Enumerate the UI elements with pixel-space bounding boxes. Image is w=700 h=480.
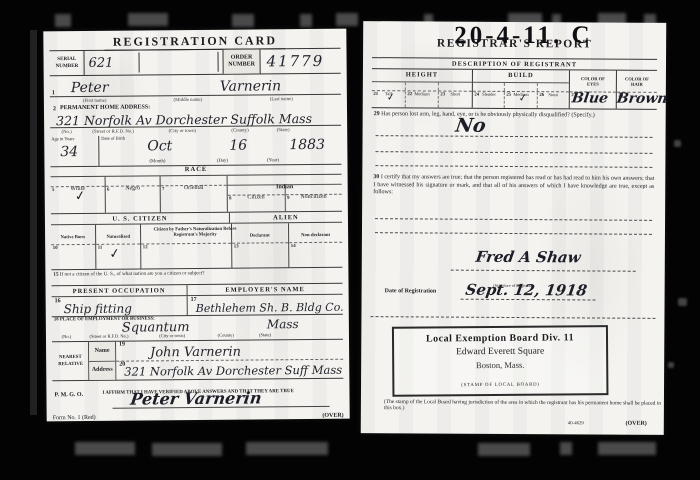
film-artifact — [598, 442, 656, 455]
nearest-relative-section: NEAREST RELATIVE Name Address 19 John Va… — [52, 340, 343, 382]
order-number-value: 41779 — [260, 49, 340, 74]
field-number: 1 — [50, 90, 57, 96]
serial-number-value: 621 — [84, 51, 134, 75]
film-artifact — [560, 442, 572, 455]
registrant-first-name: Peter — [71, 80, 109, 96]
build-header: BUILD — [473, 70, 569, 84]
dob-year: 1883 — [289, 137, 325, 153]
stamp-section: Local Exemption Board Div. 11 Edward Eve… — [370, 316, 656, 428]
build-medium-cell: 25 ✓ — [505, 92, 537, 108]
race-section: RACE White 5 ✓ Negro 6 Oriental — [50, 165, 341, 215]
relative-name-label: Name — [95, 348, 110, 355]
father-naturalization-cell: 12 — [141, 243, 231, 269]
alien-header: ALIEN — [230, 212, 342, 223]
height-medium-cell: 22 — [405, 91, 439, 107]
nearest-relative-sublabels: Name Address — [89, 342, 116, 380]
dob-label: Date of Birth — [101, 137, 125, 142]
citizenship-section: U. S. CITIZEN ALIEN Native Born 10 Natur… — [51, 212, 342, 271]
race-col-oriental: Oriental 7 — [161, 176, 228, 213]
film-artifact — [674, 140, 681, 147]
card-title-text: REGISTRATION CARD — [105, 33, 285, 51]
blank-line — [375, 219, 652, 235]
declarant-cell: 13 — [232, 242, 288, 267]
over-label-back: (OVER) — [625, 420, 646, 427]
board-city: Boston, Mass. — [396, 359, 604, 371]
registration-date-label: Date of Registration — [385, 288, 437, 295]
race-col-indian: Indian Citizen 8 Noncitizen 9 — [228, 175, 342, 212]
registrars-report-back: REGISTRAR'S REPORT 20-4-11. C DESCRIPTIO… — [361, 21, 667, 435]
board-address: Edward Everett Square — [396, 346, 604, 358]
film-artifact — [678, 298, 687, 306]
film-artifact — [232, 14, 254, 27]
age-cell: Age in Years 34 — [50, 136, 99, 166]
film-artifact — [30, 30, 37, 415]
age-label: Age in Years — [51, 137, 74, 142]
naturalized-checkmark: ✓ — [108, 246, 121, 262]
race-col-negro: Negro 6 — [106, 176, 161, 212]
relative-address-value: 321 Norfolk Av Dorchester Suff Mass — [124, 363, 342, 379]
indian-split: Citizen 8 Noncitizen 9 — [228, 185, 342, 212]
employment-place-state: Mass — [267, 317, 299, 331]
build-medium-checkmark: ✓ — [519, 93, 529, 105]
race-negro-cell: 6 — [106, 185, 160, 212]
serial-number-label: SERIAL NUMBER — [49, 51, 84, 75]
registrar-signature-line — [451, 269, 636, 271]
age-value: 34 — [60, 144, 78, 160]
nearest-relative-label: NEAREST RELATIVE — [52, 342, 89, 380]
question-15-row: 15 If not a citizen of the U. S., of wha… — [51, 268, 342, 287]
height-tall-cell: 21 ✓ — [372, 91, 406, 107]
citizen-col-native: Native Born 10 — [51, 225, 96, 269]
stamp-fine-print: (The stamp of the Local Board having jur… — [384, 398, 684, 421]
dob-day: 16 — [229, 138, 247, 154]
race-white-checkmark: ✓ — [74, 188, 87, 204]
film-artifact — [246, 442, 328, 455]
citizen-col-father: Citizen by Father's Naturalization Befor… — [141, 224, 232, 269]
us-citizen-header: U. S. CITIZEN — [51, 213, 230, 225]
eyes-color-value: Blue — [571, 90, 610, 106]
race-col-white: White 5 ✓ — [51, 177, 106, 213]
film-artifact — [75, 442, 135, 455]
height-short-cell: 23 — [439, 92, 472, 108]
present-occupation-header: PRESENT OCCUPATION — [52, 285, 188, 296]
race-indian-noncitizen-cell: 9 — [285, 194, 342, 211]
blank-line — [375, 152, 652, 168]
race-col-indian-citizen: Citizen 8 — [228, 185, 286, 212]
age-dob-row: Age in Years 34 Date of Birth Oct 16 188… — [50, 134, 341, 168]
board-name: Local Exemption Board Div. 11 — [396, 332, 604, 345]
film-artifact — [152, 443, 222, 456]
alien-col-declarant: Declarant 13 — [232, 223, 289, 267]
height-header: HEIGHT — [372, 69, 472, 83]
dob-cell: Date of Birth Oct 16 1883 (Month) (Day) … — [99, 134, 341, 166]
registrant-signature-row: P. M. G. O. Peter Varnerin — [52, 388, 343, 413]
film-artifact — [128, 13, 168, 26]
question-29-text: 29 Has person lost arm, leg, hand, eye, … — [372, 111, 657, 120]
height-values: 21 ✓ 22 23 — [372, 91, 472, 108]
film-artifact — [55, 14, 71, 27]
dob-month: Oct — [147, 138, 172, 154]
employer-cell: 17 Bethlehem Sh. B. Bldg Co. — [188, 295, 343, 315]
question-29: 29 Has person lost arm, leg, hand, eye, … — [372, 111, 657, 140]
film-artifact — [478, 443, 530, 456]
build-values: 24 25 ✓ 26 — [473, 92, 569, 109]
height-tall-checkmark: ✓ — [386, 92, 396, 104]
employer-name-header: EMPLOYER'S NAME — [188, 284, 343, 295]
eyes-header: COLOR OF EYES — [570, 70, 616, 92]
home-address-row: 2 PERMANENT HOME ADDRESS: 321 Norfolk Av… — [50, 103, 341, 129]
race-oriental-cell: 7 — [161, 185, 227, 213]
relative-name-value: John Varnerin — [150, 344, 241, 360]
report-title-block: REGISTRAR'S REPORT 20-4-11. C — [372, 25, 657, 59]
alien-col-nondeclarant: Non-declarant 14 — [289, 223, 342, 267]
hair-header: COLOR OF HAIR — [617, 71, 657, 93]
build-stout-cell: 26 — [537, 92, 568, 108]
film-artifact — [336, 13, 358, 26]
description-table: HEIGHT Tall Medium Short 21 ✓ 22 23 — [372, 69, 657, 110]
occupation-values: 16 Ship fitting 17 Bethlehem Sh. B. Bldg… — [52, 295, 343, 318]
local-board-stamp: Local Exemption Board Div. 11 Edward Eve… — [392, 325, 609, 397]
hair-group: COLOR OF HAIR 28 Brown — [617, 71, 657, 109]
answer-line — [376, 135, 653, 138]
occupation-cell: 16 Ship fitting — [52, 296, 188, 316]
registrar-signature: Fred A Shaw — [475, 247, 582, 266]
naturalized-cell: 11 ✓ — [96, 243, 140, 268]
date-underline — [461, 298, 596, 300]
question-30-text: 30 I certify that my answers are true; t… — [371, 174, 656, 198]
employment-place-row: 18 PLACE OF EMPLOYMENT OR BUSINESS: Squa… — [52, 315, 343, 343]
hair-value-cell: 28 Brown — [617, 93, 657, 109]
citizen-col-naturalized: Naturalized 11 ✓ — [96, 224, 141, 268]
question-29-answer-row: No — [376, 120, 653, 140]
build-slender-cell: 24 — [473, 92, 505, 108]
race-col-indian-noncitizen: Noncitizen 9 — [285, 185, 342, 211]
hair-color-value: Brown — [616, 91, 669, 107]
microfilm-scan: REGISTRATION CARD SERIAL NUMBER 621 ORDE… — [0, 0, 700, 480]
board-code-stamp: 20-4-11. C — [454, 22, 592, 50]
serial-order-row: SERIAL NUMBER 621 ORDER NUMBER 41779 — [49, 48, 340, 77]
home-address-value: 321 Norfolk Av Dorchester Suffolk Mass — [56, 111, 312, 128]
race-white-cell: 5 ✓ — [51, 186, 105, 213]
native-born-cell: 10 — [51, 244, 95, 269]
film-artifact — [300, 14, 312, 27]
occupation-value: Ship fitting — [64, 302, 132, 317]
build-group: BUILD Slender Medium Stout 24 25 ✓ 26 — [473, 70, 570, 109]
registration-date-row: Date of Registration Sept. 12, 1918 — [371, 280, 656, 304]
blank-stamp-box — [138, 52, 218, 73]
relative-name-row: 19 John Varnerin — [116, 340, 343, 361]
question-29-answer: No — [454, 115, 487, 137]
nondeclarant-cell: 14 — [289, 242, 342, 267]
home-address-label: PERMANENT HOME ADDRESS: — [60, 104, 150, 112]
race-indian-citizen-cell: 8 — [228, 194, 285, 211]
form-number-label: Form No. 1 (Red) — [53, 415, 96, 422]
relative-address-row: 20 321 Norfolk Av Dorchester Suff Mass — [116, 359, 343, 379]
race-grid: White 5 ✓ Negro 6 Oriental 7 — [51, 174, 342, 214]
order-number-label: ORDER NUMBER — [222, 49, 260, 73]
employer-value: Bethlehem Sh. B. Bldg Co. — [196, 301, 344, 315]
pmgo-label: P. M. G. O. — [54, 392, 83, 399]
nearest-relative-values: 19 John Varnerin 20 321 Norfolk Av Dorch… — [116, 340, 343, 380]
registrant-signature: Peter Varnerin — [129, 388, 263, 408]
relative-address-label: Address — [92, 367, 113, 374]
registrar-signature-row: Fred A Shaw — [371, 247, 656, 275]
name-row: 1 Peter Varnerin — [50, 74, 341, 98]
question-15-text: 15 If not a citizen of the U. S., of wha… — [53, 271, 204, 278]
print-code: 40-4629 — [567, 421, 583, 427]
film-artifact — [668, 362, 674, 368]
registrant-last-name: Varnerin — [220, 78, 281, 95]
registration-date-value: Sept. 12, 1918 — [464, 280, 588, 299]
over-label-front: (OVER) — [322, 413, 343, 420]
stamp-caption: (STAMP OF LOCAL BOARD) — [396, 372, 604, 392]
height-group: HEIGHT Tall Medium Short 21 ✓ 22 23 — [372, 69, 473, 108]
citizenship-grid: Native Born 10 Naturalized 11 ✓ Citizen … — [51, 222, 342, 270]
eyes-group: COLOR OF EYES 27 Blue — [570, 70, 617, 108]
eyes-value-cell: 27 Blue — [570, 92, 616, 108]
registration-card-front: REGISTRATION CARD SERIAL NUMBER 621 ORDE… — [43, 29, 349, 422]
